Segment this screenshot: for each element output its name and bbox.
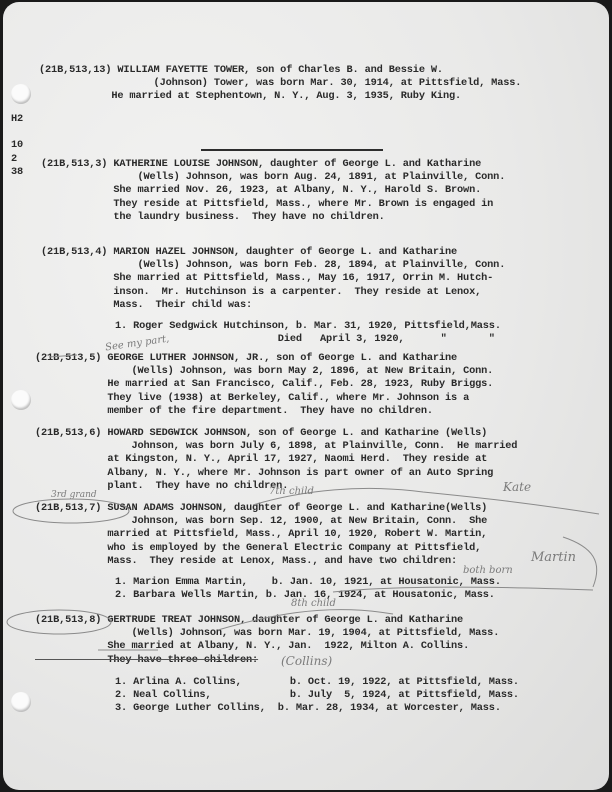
entry-howard-sedgwick-johnson: (21B,513,6) HOWARD SEDGWICK JOHNSON, son… (35, 427, 517, 493)
entry-gertrude-treat-johnson: (21B,513,8) GERTRUDE TREAT JOHNSON, daug… (35, 614, 499, 667)
margin-codes: H2 10 2 38 (11, 113, 23, 179)
section-divider (201, 149, 383, 151)
entry-susan-adams-johnson: (21B,513,7) SUSAN ADAMS JOHNSON, daughte… (35, 502, 487, 568)
punch-hole (11, 84, 31, 104)
entry-george-luther-johnson-jr: (21B,513,5) GEORGE LUTHER JOHNSON, JR., … (35, 352, 493, 418)
note-kate: Kate (503, 480, 531, 494)
note-grand: 3rd grand (51, 490, 97, 500)
document-page: (21B,513,13) WILLIAM FAYETTE TOWER, son … (3, 2, 609, 790)
entry-marion-hazel-johnson: (21B,513,4) MARION HAZEL JOHNSON, daught… (41, 246, 505, 312)
children-list-collins: 1. Arlina A. Collins, b. Oct. 19, 1922, … (115, 676, 519, 716)
note-seventh-child: 7th child (269, 486, 314, 497)
punch-hole (11, 390, 31, 410)
note-both-born: both born (463, 565, 513, 576)
entry-william-fayette-tower: (21B,513,13) WILLIAM FAYETTE TOWER, son … (39, 64, 521, 104)
entry-katherine-louise-johnson: (21B,513,3) KATHERINE LOUISE JOHNSON, da… (41, 158, 505, 224)
children-list-hutchinson: 1. Roger Sedgwick Hutchinson, b. Mar. 31… (115, 320, 501, 346)
note-martin: Martin (531, 550, 576, 565)
punch-hole (11, 692, 31, 712)
note-eighth-child: 8th child (291, 598, 336, 609)
note-collins: (Collins) (281, 654, 332, 668)
